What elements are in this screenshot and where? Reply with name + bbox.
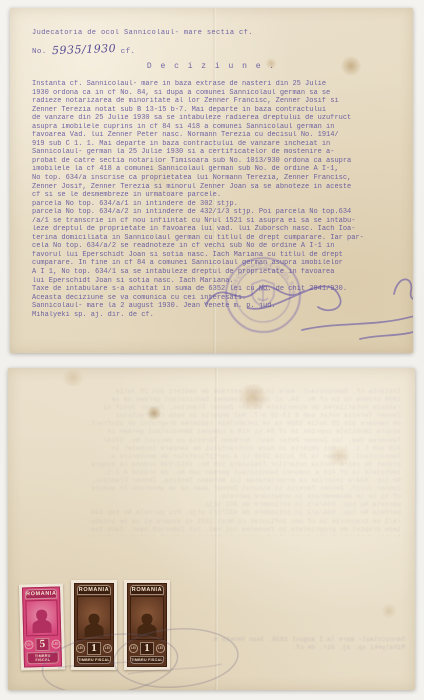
- body-line: No top. 634/a inscrise ca proprietatea l…: [32, 174, 399, 183]
- body-line: favoarea Vad. lui Zenner Peter nasc. Nor…: [32, 131, 399, 140]
- stamp-unit-left: LEI: [24, 640, 33, 649]
- body-line: Instanta cf. Sannicolaul- mare in baza e…: [32, 80, 399, 89]
- body-line: Mihalyeki sp. aj. dir. de cf.: [32, 311, 399, 320]
- text-bleed-through-closing: Sannicolaul- mare la 2 august 1930. Jean…: [209, 636, 405, 656]
- fiscal-stamp-1-leu-a: ROMANIA LEI 1 LEI TIMBRU FISCAL: [71, 580, 117, 670]
- body-line: cf si se le desmembreze in urmatoare par…: [32, 191, 399, 200]
- fold-crease: [215, 368, 218, 690]
- king-portrait-icon: [25, 600, 58, 637]
- fiscal-stamp-5-lei: ROMANIA LEI 5 LEI TIMBRU FISCAL: [19, 583, 65, 670]
- body-line: cela No top. 634/a/2 se readnoteze in cf…: [32, 242, 399, 251]
- text-bleed-through: Instanta cf. Sannicolaul- mare in baza e…: [18, 388, 401, 536]
- body-line: Aceasta deciziune se va comunica cu cei …: [32, 294, 399, 303]
- paper-stain: [326, 446, 352, 466]
- body-line: Zenner Terezia notat sub B 13-15 b-7. Ma…: [32, 106, 399, 115]
- stamp-unit-right: LEI: [103, 644, 112, 653]
- body-line: leze dreptul de proprietate in favoarea …: [32, 225, 399, 234]
- body-line: Sannicolaul- mare la 2 august 1930. Jean…: [32, 302, 399, 311]
- body-line: asupra imobilele cuprins in cf 84 si 418…: [32, 123, 399, 132]
- paper-stain: [380, 604, 398, 618]
- body-line: parcela No top. 634/a/2 in intindere de …: [32, 208, 399, 217]
- decision-body: Instanta cf. Sannicolaul- mare in baza e…: [32, 80, 399, 319]
- king-portrait-icon: [130, 596, 164, 640]
- stamp-caption: TIMBRU FISCAL: [130, 656, 164, 664]
- stamp-unit-right: LEI: [156, 644, 165, 653]
- king-portrait-icon: [77, 596, 111, 640]
- body-line: Sannicolaul- german la 25 Julie 1930 si …: [32, 148, 399, 157]
- stamp-caption: TIMBRU FISCAL: [77, 656, 111, 664]
- body-line: /a/1 se transcrie in cf nou infiintat cu…: [32, 217, 399, 226]
- stamp-value: 1: [87, 642, 101, 655]
- body-line: 1930 ordona ca in cf No. 84, si dupa a c…: [32, 89, 399, 98]
- body-line: probat de catre sectia notarilor Timisoa…: [32, 157, 399, 166]
- body-line: de vanzare din 25 Julie 1930 sa se intab…: [32, 114, 399, 123]
- body-line: A I 1, No top. 634/1 sa se intabuleze dr…: [32, 268, 399, 277]
- stamp-country-label: ROMANIA: [25, 589, 57, 600]
- paper-stain: [236, 384, 270, 410]
- body-line: favorul lui Eperschidt Joan si sotia nas…: [32, 251, 399, 260]
- body-line: lui Eperschidt Joan si sotia nasc. Iach …: [32, 277, 399, 286]
- body-line: imobilele la cf 418 a comunei Sannicolau…: [32, 165, 399, 174]
- stamp-value: 5: [36, 638, 50, 651]
- stamp-unit-left: LEI: [129, 644, 138, 653]
- document-front-page: Judecatoria de ocol Sannicolaul- mare se…: [10, 8, 413, 353]
- fiscal-stamps-row: ROMANIA LEI 5 LEI TIMBRU FISCAL ROMANIA: [20, 580, 170, 670]
- stamp-unit-left: LEI: [76, 644, 85, 653]
- body-line: radieze notarizarea de minoritate al lor…: [32, 97, 399, 106]
- stamp-country-label: ROMANIA: [77, 585, 111, 595]
- paper-stain: [60, 370, 86, 386]
- paper-stain: [146, 406, 162, 420]
- body-line: terina domiciliata in Sannicolaul german…: [32, 234, 399, 243]
- case-number-value: 5935/1930: [51, 42, 116, 57]
- stamp-unit-right: LEI: [51, 640, 60, 649]
- decision-title: D e c i z i u n e .: [10, 62, 413, 71]
- fiscal-stamp-1-leu-b: ROMANIA LEI 1 LEI TIMBRU FISCAL: [124, 580, 170, 670]
- case-number: No. 5935/1930 cf.: [32, 43, 135, 56]
- body-line: parcela No top. 634/a/1 in intindere de …: [32, 200, 399, 209]
- body-line: Zenner Josif, Zenner Terezia si minorul …: [32, 183, 399, 192]
- document-back-page: Instanta cf. Sannicolaul- mare in baza e…: [8, 368, 415, 690]
- stamp-country-label: ROMANIA: [130, 585, 164, 595]
- stamp-caption: TIMBRU FISCAL: [27, 652, 59, 665]
- body-line: Taxe de intabulare s-a achitat in suma d…: [32, 285, 399, 294]
- stamp-value: 1: [140, 642, 154, 655]
- case-number-label: No.: [32, 48, 47, 56]
- case-number-suffix: cf.: [121, 48, 136, 56]
- court-name: Judecatoria de ocol Sannicolaul- mare se…: [32, 29, 253, 37]
- body-line: cumparare. In fine in cf 84 a comunei Sa…: [32, 259, 399, 268]
- body-line: 919 sub C 1. 1. Mai departe in baza cont…: [32, 140, 399, 149]
